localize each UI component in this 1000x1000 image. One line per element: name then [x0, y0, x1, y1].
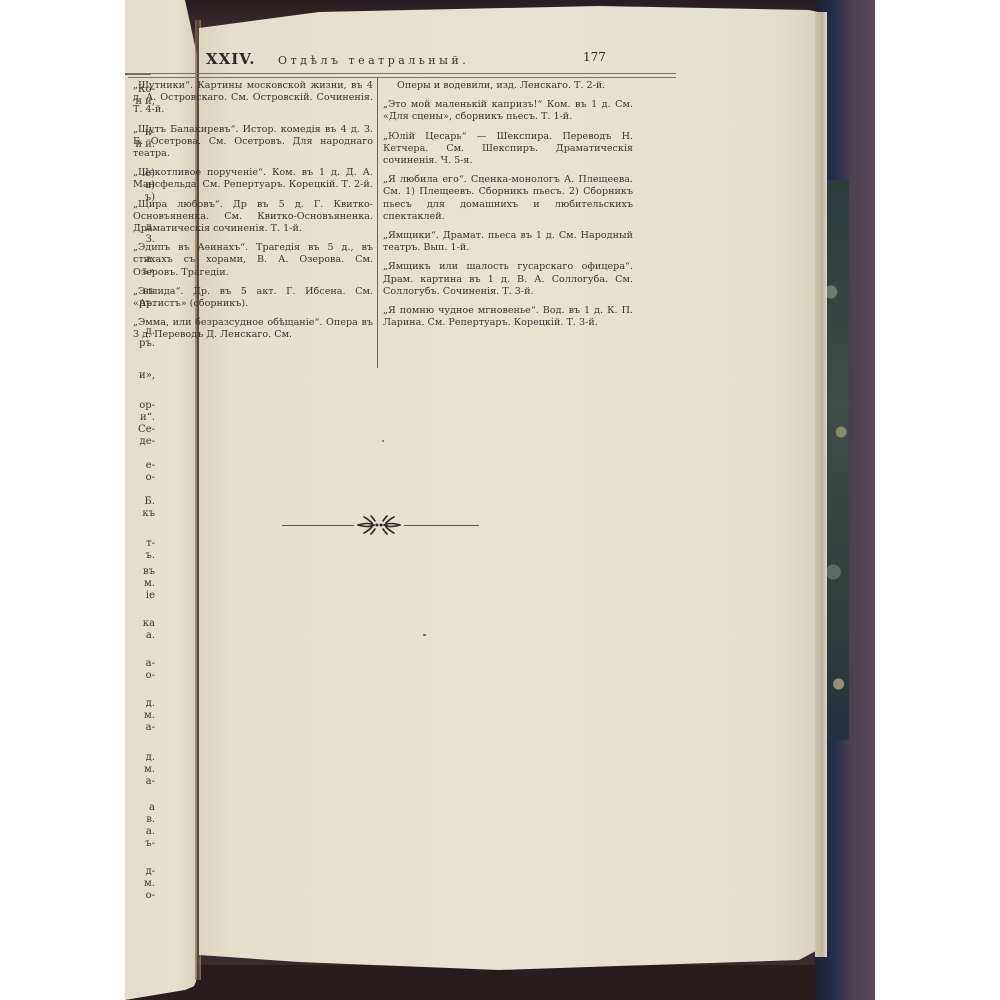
paper-speck — [382, 440, 384, 442]
left-page-fragment: а- — [125, 776, 155, 788]
backdrop — [125, 965, 875, 1000]
left-page-fragment: и“. — [125, 412, 155, 424]
catalog-entry: „Ямщики“. Драмат. пьеса въ 1 д. См. Наро… — [383, 230, 633, 254]
left-page-fragment: и», — [125, 370, 155, 382]
left-page-fragment: м. — [125, 710, 155, 722]
entry-title: „Я помню чудное мгновенье“. — [383, 305, 539, 316]
entry-title: „Щира любовъ“. — [133, 199, 223, 210]
left-page-fragment: д- — [125, 866, 155, 878]
left-page-fragment: въ — [125, 566, 155, 578]
entry-title: „Ямщики“. — [383, 230, 439, 241]
catalog-entry: „Юлій Цесарь“ — Шекспира. Переводъ Н. Ке… — [383, 131, 633, 168]
right-column: Оперы и водевили, изд. Ленскаго. Т. 2-й.… — [383, 80, 633, 336]
entry-title: „Я любила его“. — [383, 174, 467, 185]
entry-title: „Шутники“. — [133, 80, 193, 91]
divider-line — [282, 525, 354, 526]
left-page-fragment: а — [125, 802, 155, 814]
catalog-entry: „Щира любовъ“. Др въ 5 д. Г. Квитко-Осно… — [133, 199, 373, 236]
left-page-fragment: о- — [125, 890, 155, 902]
catalog-entry-continuation: Оперы и водевили, изд. Ленскаго. Т. 2-й. — [383, 80, 633, 92]
left-page-fragment: м. — [125, 578, 155, 590]
left-page-fragment: іе — [125, 590, 155, 602]
left-page-fragment: о- — [125, 472, 155, 484]
entry-text: Драм. картина въ 1 д. В. А. Соллогуба. С… — [383, 274, 633, 297]
catalog-entry: „Я помню чудное мгновенье“. Вод. въ 1 д.… — [383, 305, 633, 329]
left-page-fragment: Се- — [125, 424, 155, 436]
entry-title: „Это мой маленькій капризъ!“ — [383, 99, 542, 110]
left-page-fragment: а- — [125, 658, 155, 670]
left-page-fragment: т- — [125, 538, 155, 550]
catalog-entry: „Ямщикъ или шалость гусарскаго офицера“.… — [383, 261, 633, 298]
catalog-entry: „Я любила его“. Сценка-монологъ А. Плеще… — [383, 174, 633, 223]
section-title: Отдѣлъ театральный. — [278, 54, 469, 67]
entry-title: „Юлій Цесарь“ — [383, 131, 467, 142]
left-page-fragment: ка — [125, 618, 155, 630]
left-column: „Шутники“. Картины московской жизни, въ … — [133, 80, 373, 349]
divider-line — [404, 525, 479, 526]
left-page-fragment: о- — [125, 670, 155, 682]
catalog-entry: „Эмма, или безразсудное обѣщаніе“. Опера… — [133, 317, 373, 341]
section-number: XXIV. — [206, 50, 256, 68]
left-page-fragment: е- — [125, 460, 155, 472]
left-page-fragment: м. — [125, 878, 155, 890]
left-page-fragment: м. — [125, 764, 155, 776]
paper-speck — [423, 634, 426, 636]
catalog-entry: „Шутъ Балакиревъ“. Истор. комедія въ 4 д… — [133, 124, 373, 161]
left-page-fragment: в. — [125, 814, 155, 826]
catalog-entry: „Эдипъ въ Аѳинахъ“. Трагедія въ 5 д., въ… — [133, 242, 373, 279]
left-page-fragment: а- — [125, 722, 155, 734]
catalog-entry: „Щекотливое порученіе“. Ком. въ 1 д. Д. … — [133, 167, 373, 191]
entry-title: „Шутъ Балакиревъ“. — [133, 124, 238, 135]
catalog-entry: „Эллида“. Др. въ 5 акт. Г. Ибсена. См. «… — [133, 286, 373, 310]
header-rule — [128, 73, 676, 78]
left-page-fragment: ъ. — [125, 550, 155, 562]
column-divider — [377, 78, 378, 368]
entry-title: „Эдипъ въ Аѳинахъ“. — [133, 242, 248, 253]
page-number: 177 — [583, 50, 606, 64]
catalog-entry: „Это мой маленькій капризъ!“ Ком. въ 1 д… — [383, 99, 633, 123]
left-page-fragment: Б. — [125, 496, 155, 508]
entry-text: Оперы и водевили, изд. Ленскаго. Т. 2-й. — [397, 80, 605, 91]
left-page-fragment: д. — [125, 752, 155, 764]
left-page-fragment: д. — [125, 698, 155, 710]
catalog-entry: „Шутники“. Картины московской жизни, въ … — [133, 80, 373, 117]
entry-title: „Ямщикъ или шалость гусарскаго офицера“. — [383, 261, 633, 272]
entry-title: „Щекотливое порученіе“. — [133, 167, 266, 178]
left-page-fragment: ъ- — [125, 838, 155, 850]
fleuron-divider — [282, 515, 480, 535]
running-head: XXIV. Отдѣлъ театральный. 177 — [128, 44, 678, 74]
fleuron-icon — [354, 515, 404, 535]
left-page-fragment: а. — [125, 826, 155, 838]
left-page-fragment: а. — [125, 630, 155, 642]
page-edge — [815, 12, 827, 957]
left-page-fragment: къ — [125, 508, 155, 520]
entry-title: „Эллида“. — [133, 286, 183, 297]
left-page-fragment: де- — [125, 436, 155, 448]
left-page-fragment: ор- — [125, 400, 155, 412]
entry-title: „Эмма, или безразсудное обѣщаніе“. — [133, 317, 322, 328]
